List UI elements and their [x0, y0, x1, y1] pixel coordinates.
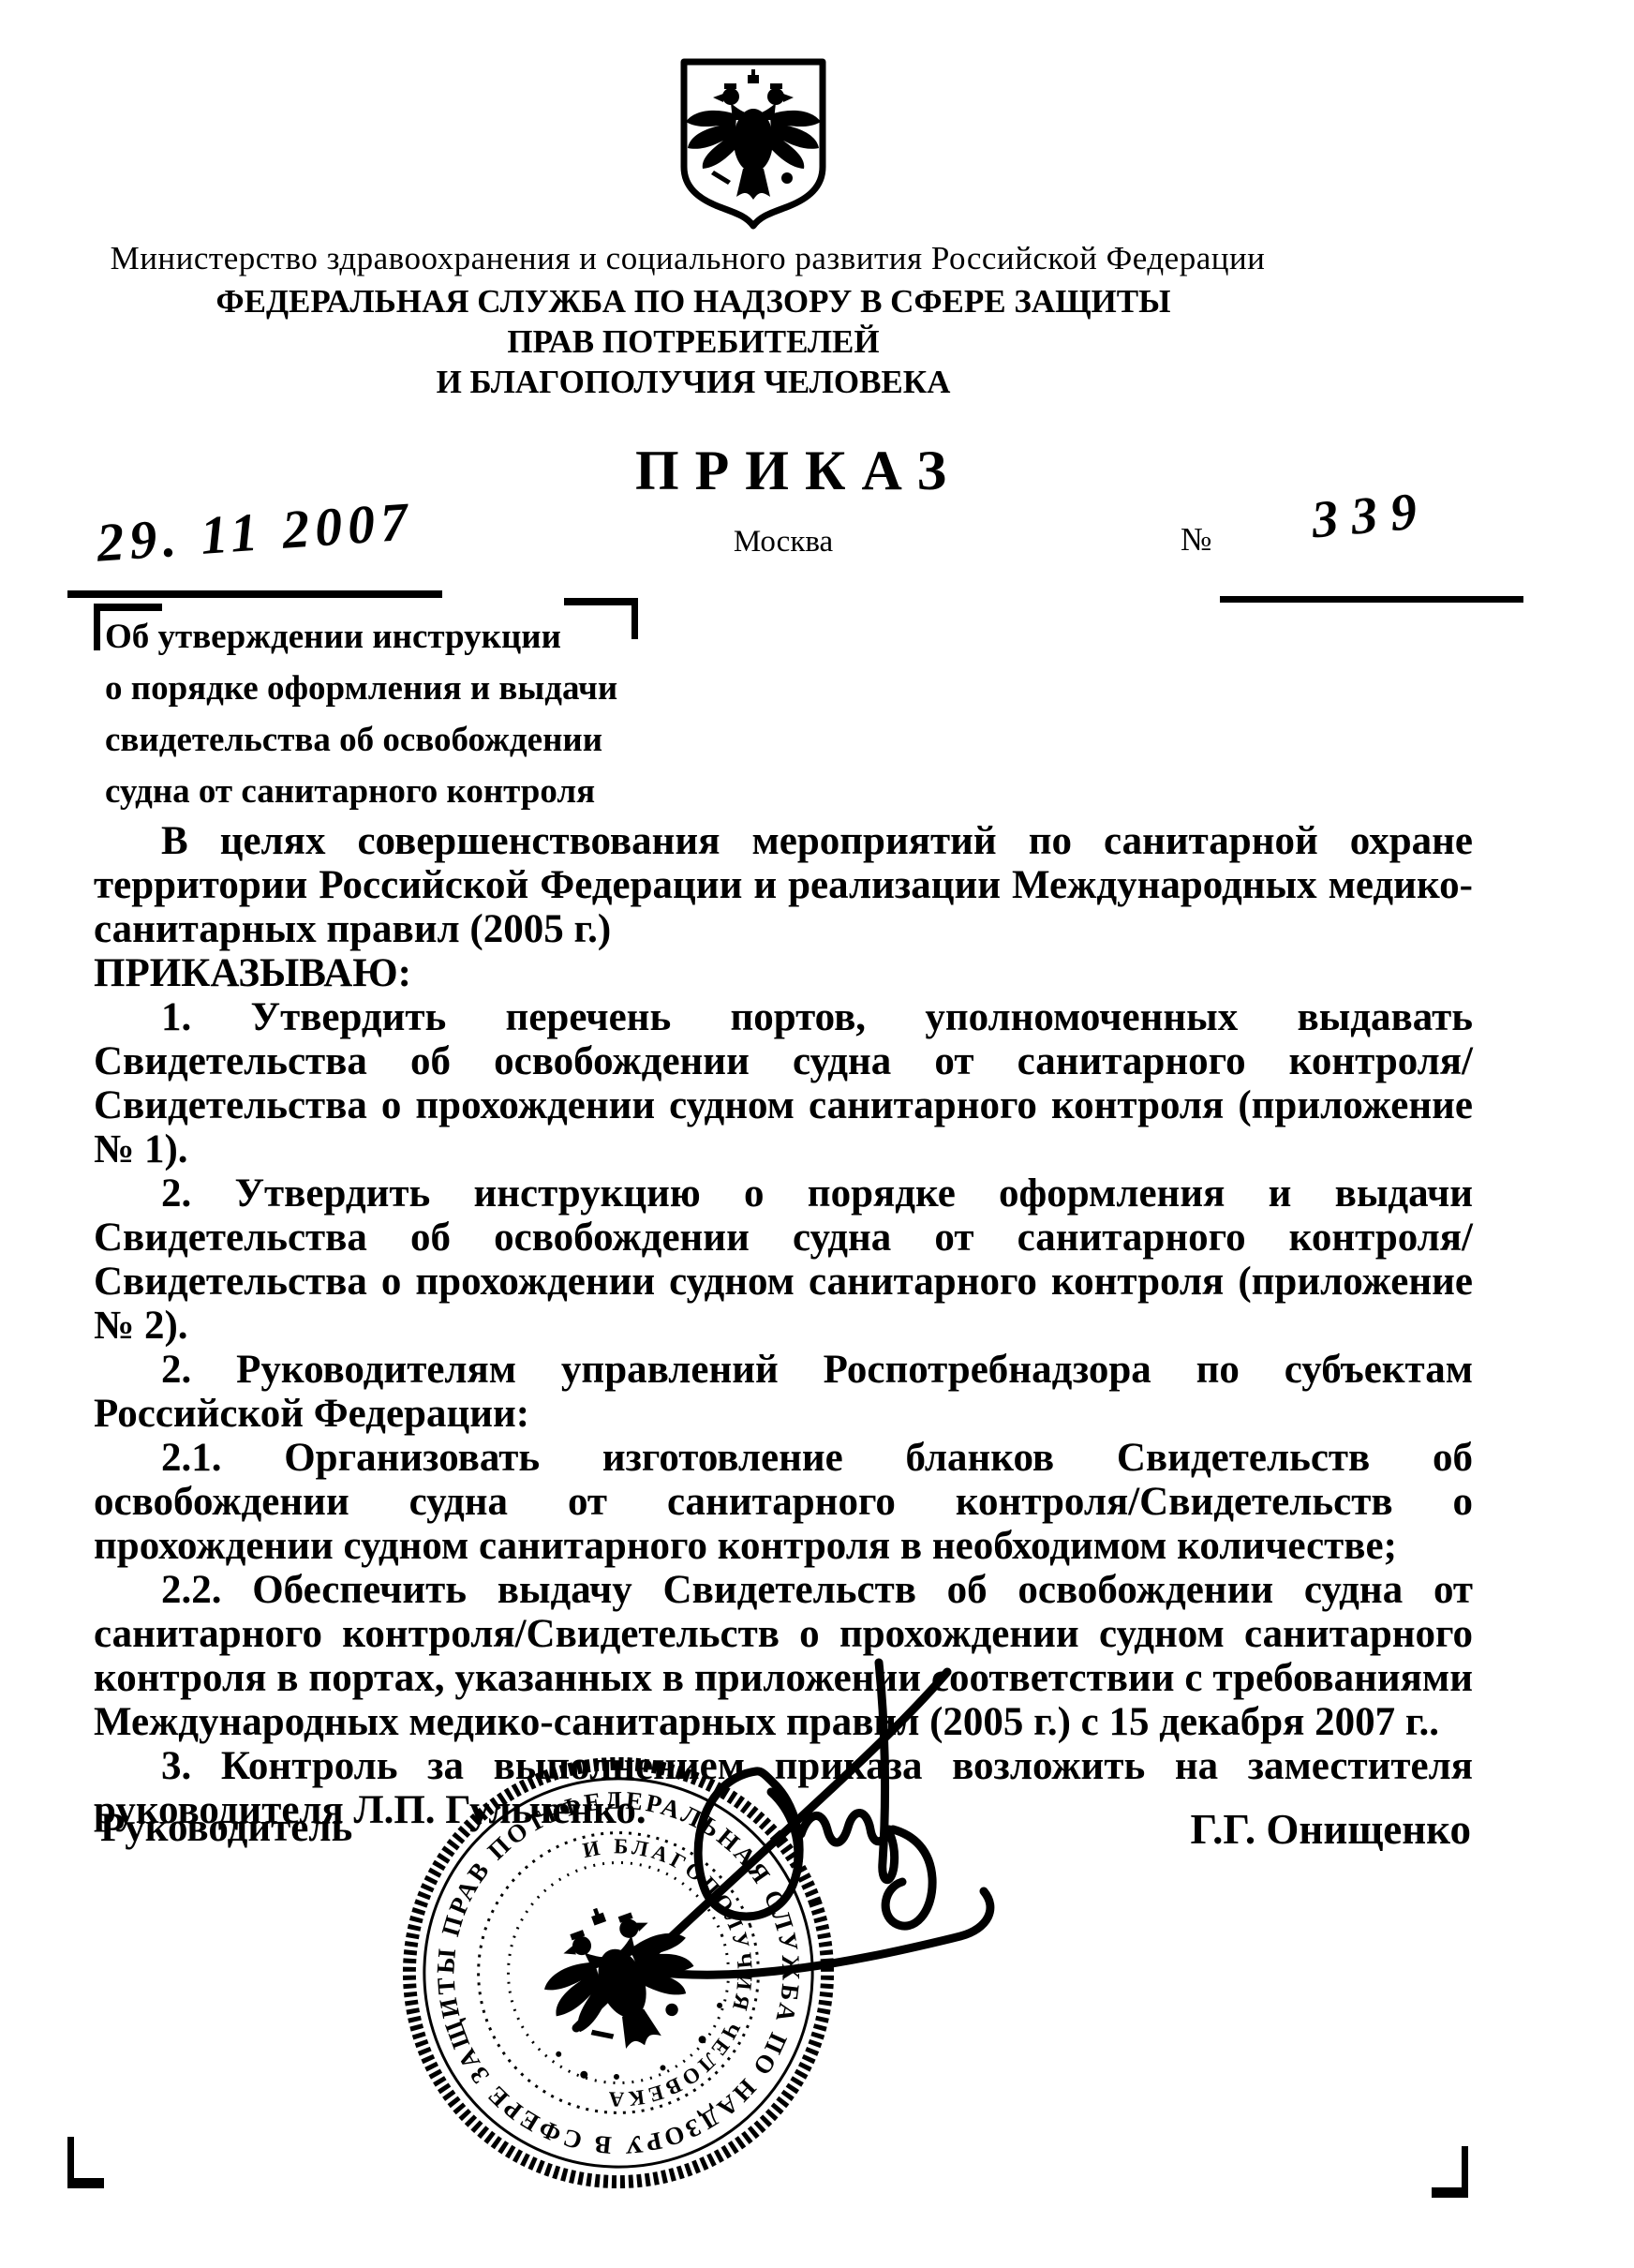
date-underline [67, 590, 442, 598]
subject-block: Об утверждении инструкции о порядке офор… [105, 611, 630, 817]
subject-line: свидетельства об освобождении [105, 714, 630, 766]
ministry-line: Министерство здравоохранения и социально… [36, 240, 1340, 277]
paragraph-item-2b: 2. Руководителям управлений Роспотребнад… [94, 1348, 1473, 1436]
paragraph-item-1: 1. Утвердить перечень портов, уполномоче… [94, 995, 1473, 1171]
signer-name: Г.Г. Онищенко [1190, 1805, 1471, 1854]
agency-line-1: ФЕДЕРАЛЬНАЯ СЛУЖБА ПО НАДЗОРУ В СФЕРЕ ЗА… [19, 281, 1368, 321]
paragraph-item-2-1: 2.1. Организовать изготовление бланков С… [94, 1436, 1473, 1568]
subject-line: Об утверждении инструкции [105, 611, 630, 663]
number-handwritten: 339 [1309, 481, 1432, 551]
russia-coat-of-arms-icon [667, 54, 839, 236]
crop-mark-bottom-right [1432, 2146, 1468, 2198]
number-underline [1220, 596, 1523, 603]
paragraph-intro: В целях совершенствования мероприятий по… [94, 819, 1473, 951]
paragraph-item-2: 2. Утвердить инструкцию о порядке оформл… [94, 1171, 1473, 1348]
number-sign: № [1181, 521, 1211, 559]
handwritten-signature [520, 1651, 1007, 2054]
signature-position-label: Руководитель [100, 1805, 352, 1851]
agency-name: ФЕДЕРАЛЬНАЯ СЛУЖБА ПО НАДЗОРУ В СФЕРЕ ЗА… [19, 281, 1368, 402]
subject-line: о порядке оформления и выдачи [105, 663, 630, 714]
crop-mark-bottom-left [67, 2137, 104, 2188]
agency-line-2: ПРАВ ПОТРЕБИТЕЛЕЙ [19, 321, 1368, 362]
agency-line-3: И БЛАГОПОЛУЧИЯ ЧЕЛОВЕКА [19, 362, 1368, 402]
subject-line: судна от санитарного контроля [105, 766, 630, 817]
paragraph-order-word: ПРИКАЗЫВАЮ: [94, 951, 1473, 995]
scanned-order-document: Министерство здравоохранения и социально… [0, 0, 1634, 2268]
